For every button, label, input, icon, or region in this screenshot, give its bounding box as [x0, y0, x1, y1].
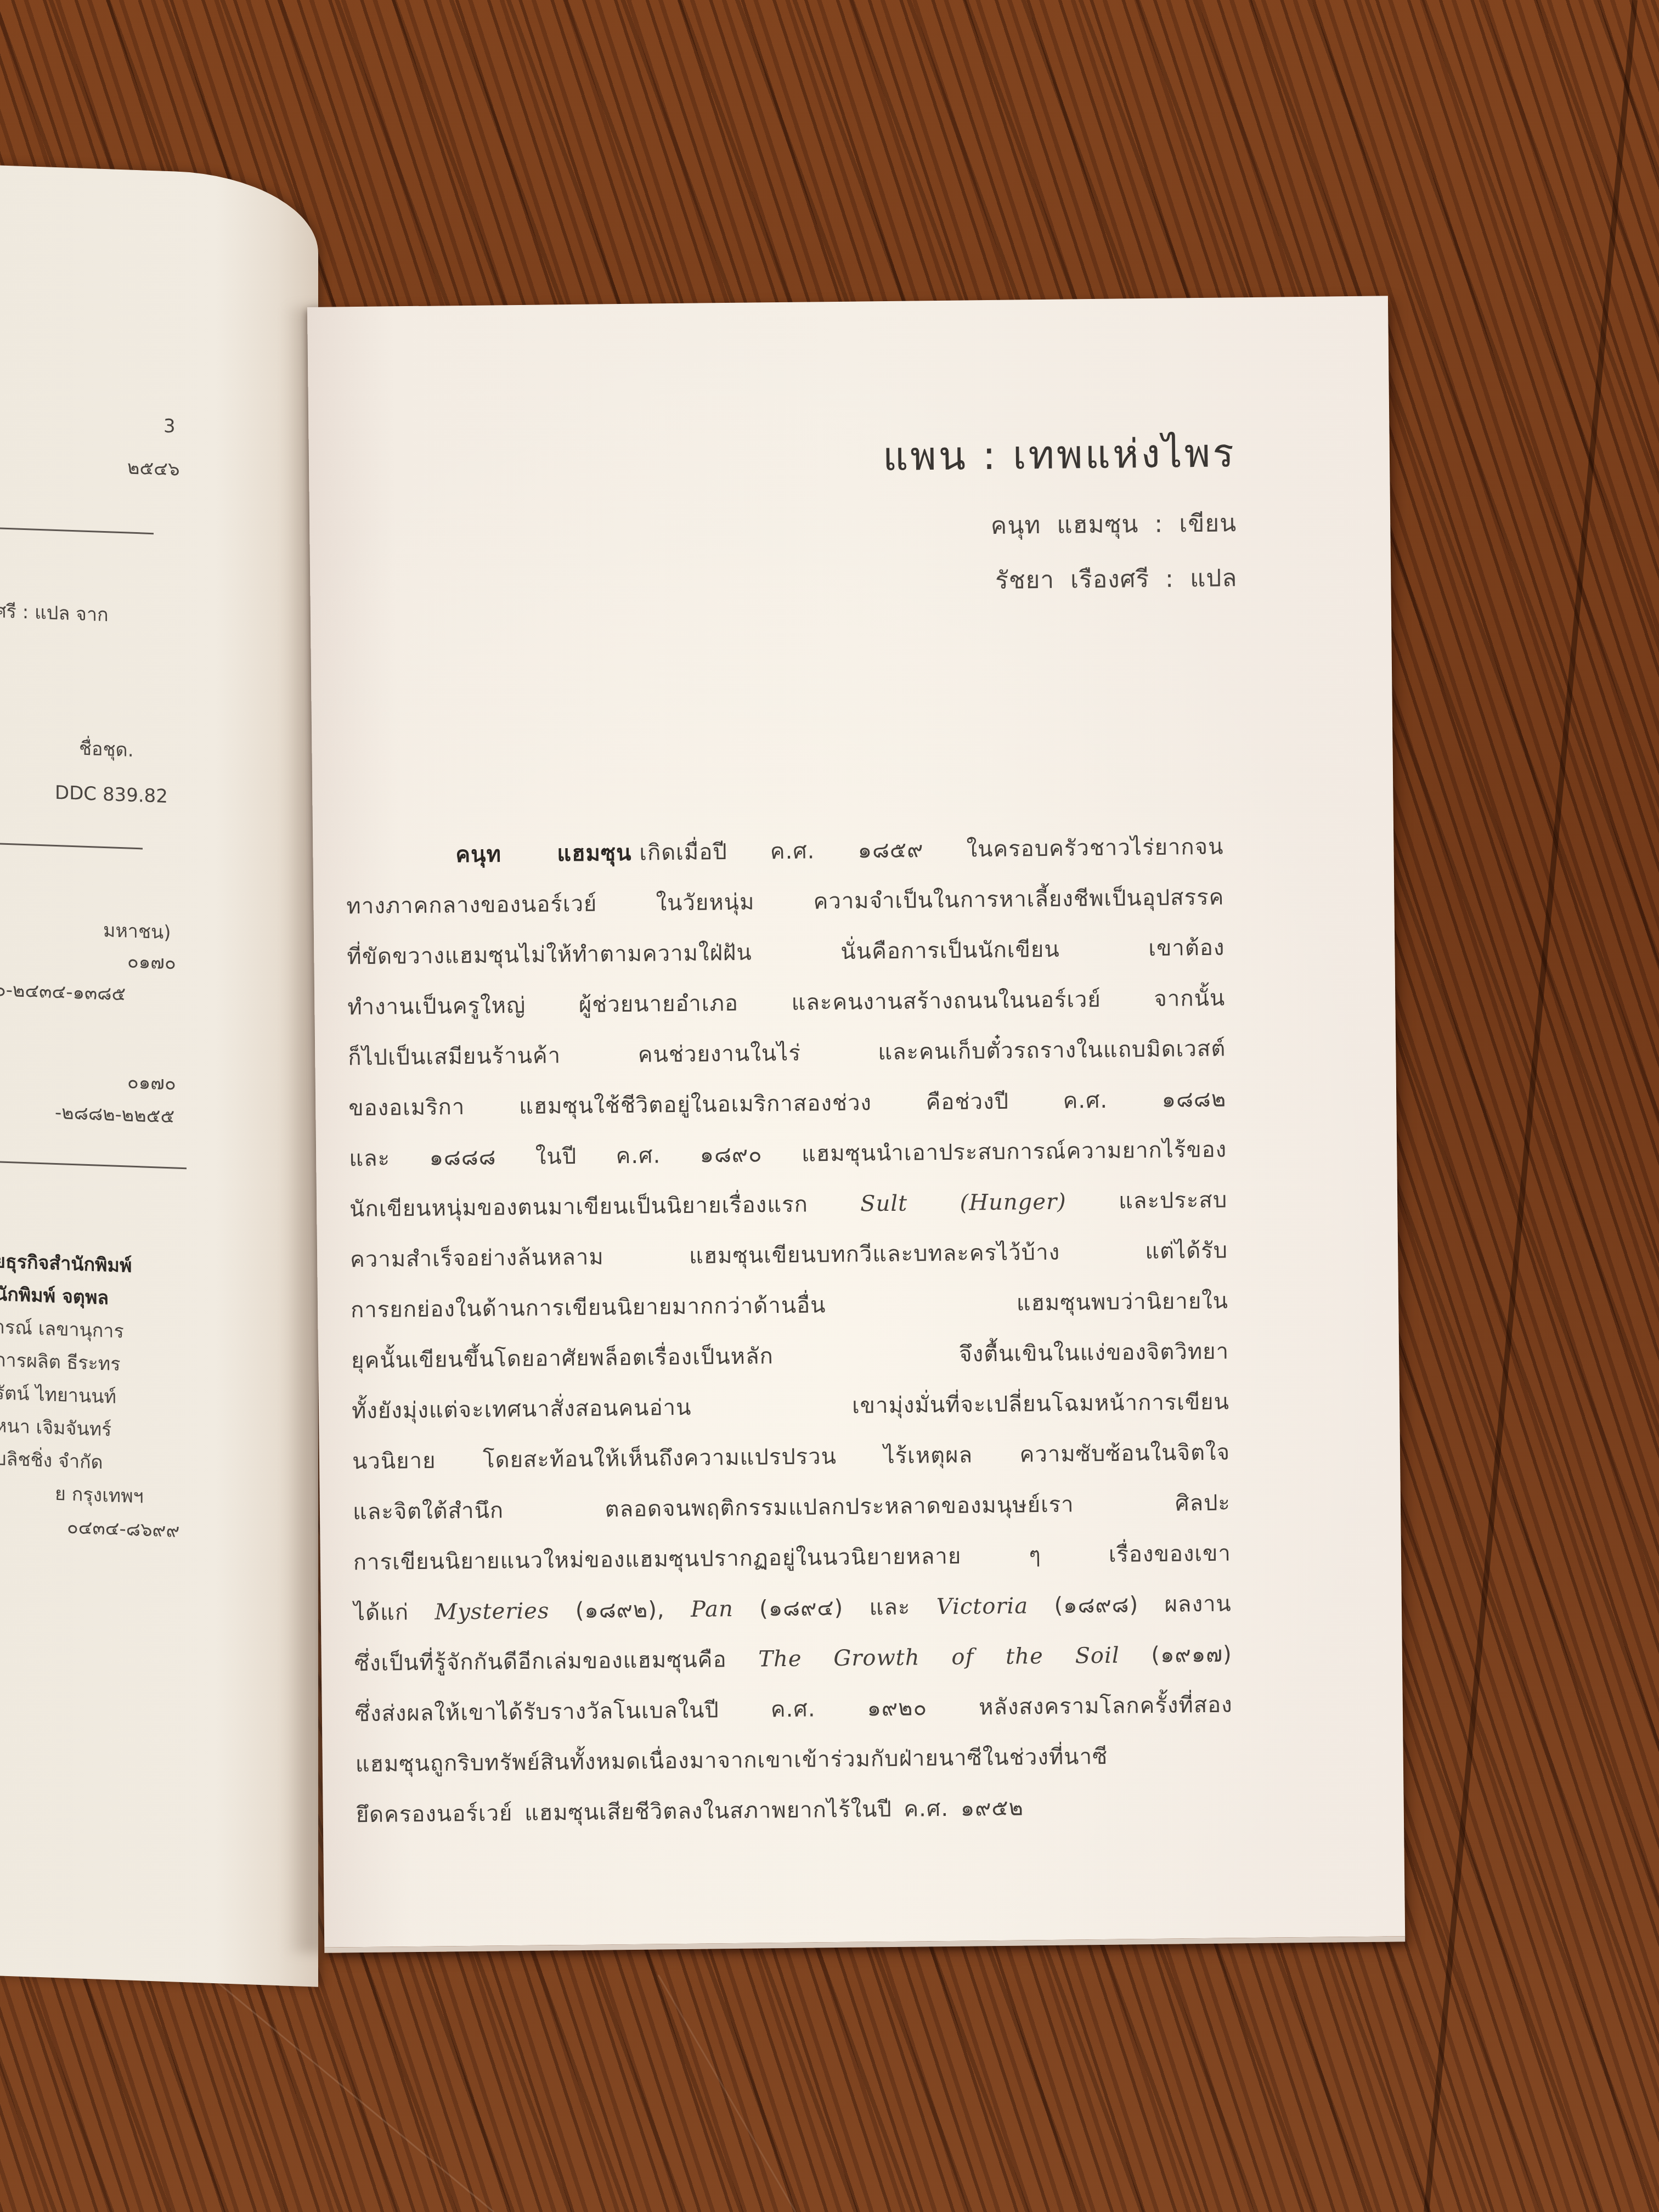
body-text-run: การยกย่องในด้านการเขียนนิยายมากกว่าด้านอ… — [351, 1289, 1228, 1323]
colophon-line: รัตน์ ไทยานนท์ — [0, 1378, 116, 1412]
left-page-colophon: 3๒๕๔๖ศรี : แปล จากชื่อชุด.DDC 839.82มหาช… — [0, 165, 318, 1987]
colophon-line: ๒๕๔๖ — [127, 452, 179, 483]
colophon-line: ชื่อชุด. — [79, 733, 133, 764]
body-line: และ ๑๘๘๘ ในปี ค.ศ. ๑๘๙๐ แฮมซุนนำเอาประสบ… — [349, 1125, 1227, 1184]
body-text-run: ก็ไปเป็นเสมียนร้านค้า คนช่วยงานในไร่ และ… — [348, 1036, 1226, 1071]
body-line: การยกย่องในด้านการเขียนนิยายมากกว่าด้านอ… — [351, 1276, 1229, 1336]
body-text-run: ยุคนั้นเขียนขึ้นโดยอาศัยพล็อตเรื่องเป็นห… — [351, 1339, 1229, 1374]
colophon-line: มหาชน) — [103, 915, 171, 947]
colophon-line: ย กรุงเทพฯ — [55, 1479, 144, 1511]
body-line: ยุคนั้นเขียนขึ้นโดยอาศัยพล็อตเรื่องเป็นห… — [351, 1327, 1229, 1386]
colophon-line: ๐-๒๔๓๔-๑๓๘๕ — [0, 974, 126, 1008]
colophon-line: บลิชชิ่ง จำกัด — [0, 1443, 103, 1477]
body-text-run: ได้แก่ — [354, 1600, 435, 1626]
body-line: ความสำเร็จอย่างล้นหลาม แฮมซุนเขียนบทกวีแ… — [350, 1226, 1228, 1285]
author-credit: คนุท แฮมซุน : เขียน — [883, 504, 1237, 546]
title-block: แพน : เทพแห่งไพร คนุท แฮมซุน : เขียน รัช… — [882, 421, 1237, 601]
book-title-italic: Mysteries — [435, 1599, 549, 1625]
colophon-line: ๐๔๓๔-๘๖๙๙ — [67, 1512, 179, 1545]
body-text-run: เกิดเมื่อปี ค.ศ. ๑๘๕๙ ในครอบครัวชาวไร่ยา… — [639, 834, 1224, 866]
body-text-run: (๑๘๙๔) และ — [733, 1594, 937, 1622]
translator-credit: รัชยา เรืองศรี : แปล — [884, 558, 1238, 601]
colophon-line: 3 — [163, 415, 176, 438]
body-text-run: ทางภาคกลางของนอร์เวย์ ในวัยหนุ่ม ความจำเ… — [346, 885, 1224, 919]
colophon-line: หนา เจิมจันทร์ — [0, 1410, 111, 1444]
book-title-italic: Victoria — [936, 1593, 1029, 1620]
body-line: และจิตใต้สำนึก ตลอดจนพฤติกรรมแปลกประหลาด… — [353, 1477, 1231, 1537]
body-line: การเขียนนิยายแนวใหม่ของแฮมซุนปรากฏอยู่ใน… — [353, 1528, 1231, 1588]
colophon-line: ยธุรกิจสำนักพิมพ์ — [0, 1246, 132, 1280]
colophon-line: นักพิมพ์ จตุพล — [0, 1279, 109, 1312]
body-text-run: ซึ่งเป็นที่รู้จักกันดีอีกเล่มของแฮมซุนคื… — [354, 1647, 759, 1677]
right-page: แพน : เทพแห่งไพร คนุท แฮมซุน : เขียน รัช… — [307, 296, 1405, 1953]
body-line: นวนิยาย โดยสะท้อนให้เห็นถึงความแปรปรวน ไ… — [352, 1427, 1231, 1487]
body-text-run: และประสบ — [1066, 1188, 1227, 1215]
body-line: ของอเมริกา แฮมซุนใช้ชีวิตอยู่ในอเมริกาสอ… — [348, 1074, 1227, 1134]
book-title-italic: Sult (Hunger) — [860, 1189, 1066, 1217]
colophon-line: ๐๑๗๐ — [127, 946, 176, 977]
colophon-line: ารณ์ เลขานุการ — [0, 1312, 124, 1346]
body-line: ยึดครองนอร์เวย์ แฮมซุนเสียชีวิตลงในสภาพย… — [356, 1780, 1234, 1840]
body-text-run: ยึดครองนอร์เวย์ แฮมซุนเสียชีวิตลงในสภาพย… — [356, 1795, 1024, 1827]
author-name-lead: คนุท แฮมซุน — [455, 840, 631, 867]
colophon-line: ๐๑๗๐ — [127, 1066, 176, 1098]
body-text-run: ซึ่งส่งผลให้เขาได้รับรางวัลโนเบลในปี ค.ศ… — [355, 1692, 1233, 1726]
colophon-line: -๒๘๘๒-๒๒๕๕ — [55, 1097, 174, 1131]
divider-rule — [0, 843, 143, 849]
body-line: ทางภาคกลางของนอร์เวย์ ในวัยหนุ่ม ความจำเ… — [346, 872, 1224, 932]
body-text-run: (๑๙๑๗) — [1119, 1641, 1232, 1668]
body-line: ทำงานเป็นครูใหญ่ ผู้ช่วยนายอำเภอ และคนงา… — [347, 973, 1226, 1033]
book-title-italic: The Growth of the Soil — [758, 1643, 1120, 1672]
colophon-line: การผลิต ธีระทร — [0, 1345, 121, 1379]
body-text-run: นวนิยาย โดยสะท้อนให้เห็นถึงความแปรปรวน ไ… — [352, 1440, 1230, 1475]
body-text-run: (๑๘๙๘) ผลงาน — [1028, 1591, 1232, 1618]
divider-rule — [0, 527, 154, 534]
body-line: นักเขียนหนุ่มของตนมาเขียนเป็นนิยายเรื่อง… — [349, 1175, 1228, 1235]
body-text-run: ทั้งยังมุ่งแต่จะเทศนาสั่งสอนคนอ่าน เขามุ… — [352, 1390, 1229, 1424]
body-text-run: ที่ขัดขวางแฮมซุนไม่ให้ทำตามความใฝ่ฝัน นั… — [347, 935, 1224, 970]
body-text-run: นักเขียนหนุ่มของตนมาเขียนเป็นนิยายเรื่อง… — [349, 1192, 860, 1222]
body-line: ที่ขัดขวางแฮมซุนไม่ให้ทำตามความใฝ่ฝัน นั… — [347, 923, 1225, 983]
book-title: แพน : เทพแห่งไพร — [882, 421, 1236, 488]
body-text-run: (๑๘๙๒), — [549, 1597, 691, 1624]
body-text-run: และ ๑๘๘๘ ในปี ค.ศ. ๑๘๙๐ แฮมซุนนำเอาประสบ… — [349, 1137, 1227, 1172]
body-line: ซึ่งส่งผลให้เขาได้รับรางวัลโนเบลในปี ค.ศ… — [354, 1679, 1233, 1739]
body-text-run: ทำงานเป็นครูใหญ่ ผู้ช่วยนายอำเภอ และคนงา… — [347, 986, 1225, 1020]
body-text-run: และจิตใต้สำนึก ตลอดจนพฤติกรรมแปลกประหลาด… — [353, 1490, 1231, 1525]
author-biography: คนุท แฮมซุนเกิดเมื่อปี ค.ศ. ๑๘๕๙ ในครอบค… — [346, 822, 1234, 1841]
body-text-run: ความสำเร็จอย่างล้นหลาม แฮมซุนเขียนบทกวีแ… — [350, 1238, 1228, 1273]
book-title-italic: Pan — [691, 1596, 733, 1622]
divider-rule — [0, 1161, 187, 1169]
body-text-run: แฮมซุนถูกริบทรัพย์สินทั้งหมดเนื่องมาจากเ… — [356, 1744, 1108, 1777]
body-line: คนุท แฮมซุนเกิดเมื่อปี ค.ศ. ๑๘๕๙ ในครอบค… — [346, 822, 1224, 882]
body-line: ก็ไปเป็นเสมียนร้านค้า คนช่วยงานในไร่ และ… — [348, 1024, 1226, 1084]
body-line: ทั้งยังมุ่งแต่จะเทศนาสั่งสอนคนอ่าน เขามุ… — [352, 1377, 1230, 1437]
body-line: แฮมซุนถูกริบทรัพย์สินทั้งหมดเนื่องมาจากเ… — [355, 1730, 1233, 1790]
body-line: ซึ่งเป็นที่รู้จักกันดีอีกเล่มของแฮมซุนคื… — [354, 1629, 1232, 1689]
body-text-run: ของอเมริกา แฮมซุนใช้ชีวิตอยู่ในอเมริกาสอ… — [348, 1087, 1226, 1121]
colophon-line: ศรี : แปล จาก — [0, 596, 109, 629]
body-line: ได้แก่ Mysteries (๑๘๙๒), Pan (๑๘๙๔) และ … — [353, 1578, 1232, 1638]
body-text-run: การเขียนนิยายแนวใหม่ของแฮมซุนปรากฏอยู่ใน… — [353, 1541, 1231, 1575]
colophon-line: DDC 839.82 — [55, 782, 168, 808]
